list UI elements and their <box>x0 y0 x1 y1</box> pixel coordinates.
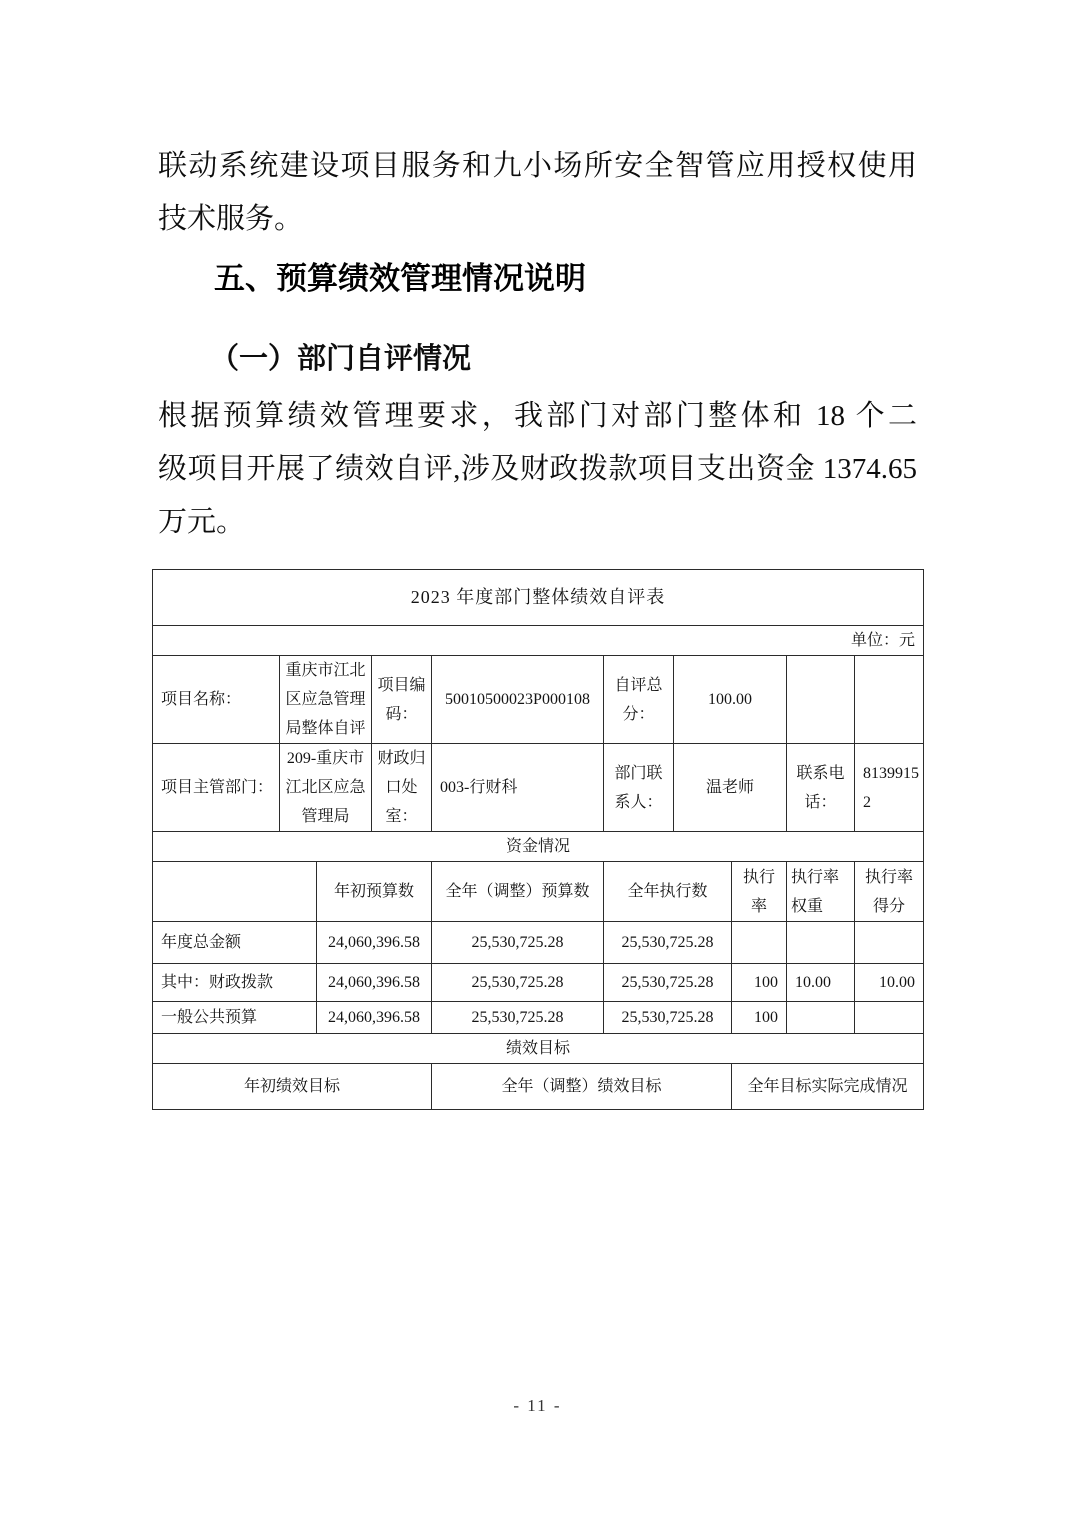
cell-project-name-label: 项目名称： <box>153 656 280 744</box>
document-page: 联动系统建设项目服务和九小场所安全智管应用授权使用 技术服务。 五、预算绩效管理… <box>0 0 1075 1520</box>
cell-weight <box>787 922 855 964</box>
cell-empty <box>855 656 924 744</box>
cell-weight: 10.00 <box>787 964 855 1002</box>
paragraph-continuation: 联动系统建设项目服务和九小场所安全智管应用授权使用 技术服务。 <box>158 140 917 246</box>
paragraph-self-eval: 根据预算绩效管理要求，我部门对部门整体和 18 个二 级项目开展了绩效自评,涉及… <box>158 390 917 549</box>
table-row: 年度总金额 24,060,396.58 25,530,725.28 25,530… <box>153 922 924 964</box>
header-adjusted-budget: 全年（调整）预算数 <box>432 862 604 922</box>
cell-rate: 100 <box>732 964 787 1002</box>
cell-score-label: 自评总分： <box>604 656 674 744</box>
header-rate: 执行率 <box>732 862 787 922</box>
table-row: 年初绩效目标 全年（调整）绩效目标 全年目标实际完成情况 <box>153 1064 924 1110</box>
page-content: 联动系统建设项目服务和九小场所安全智管应用授权使用 技术服务。 五、预算绩效管理… <box>0 0 1075 1110</box>
cell-project-name: 重庆市江北区应急管理局整体自评 <box>280 656 372 744</box>
cell-adjusted: 25,530,725.28 <box>432 964 604 1002</box>
funds-section-title: 资金情况 <box>153 832 924 862</box>
header-rate-score: 执行率得分 <box>855 862 924 922</box>
header-initial-budget: 年初预算数 <box>317 862 432 922</box>
table-row: 一般公共预算 24,060,396.58 25,530,725.28 25,53… <box>153 1002 924 1034</box>
header-executed: 全年执行数 <box>604 862 732 922</box>
cell-finance-office-label: 财政归口处室： <box>372 744 432 832</box>
cell-row-label: 年度总金额 <box>153 922 317 964</box>
cell-project-code-label: 项目编码： <box>372 656 432 744</box>
self-eval-table: 2023 年度部门整体绩效自评表 单位：元 项目名称： 重庆市江北区应急管理局整… <box>152 569 924 1110</box>
cell-rate: 100 <box>732 1002 787 1034</box>
paragraph-line: 级项目开展了绩效自评,涉及财政拨款项目支出资金 1374.65 <box>158 443 917 496</box>
goals-section-title: 绩效目标 <box>153 1034 924 1064</box>
table-row: 绩效目标 <box>153 1034 924 1064</box>
header-adjusted-goal: 全年（调整）绩效目标 <box>432 1064 732 1110</box>
section-heading: 五、预算绩效管理情况说明 <box>152 254 923 304</box>
cell-score-value: 100.00 <box>674 656 787 744</box>
header-rate-weight: 执行率权重 <box>787 862 855 922</box>
table-row: 项目名称： 重庆市江北区应急管理局整体自评 项目编码： 50010500023P… <box>153 656 924 744</box>
table-row: 资金情况 <box>153 832 924 862</box>
table-row: 其中：财政拨款 24,060,396.58 25,530,725.28 25,5… <box>153 964 924 1002</box>
cell-initial: 24,060,396.58 <box>317 1002 432 1034</box>
cell-weight <box>787 1002 855 1034</box>
cell-contact-value: 温老师 <box>674 744 787 832</box>
cell-dept-label: 项目主管部门： <box>153 744 280 832</box>
cell-dept-value: 209-重庆市江北区应急管理局 <box>280 744 372 832</box>
header-initial-goal: 年初绩效目标 <box>153 1064 432 1110</box>
cell-finance-office-value: 003-行财科 <box>432 744 604 832</box>
cell-adjusted: 25,530,725.28 <box>432 922 604 964</box>
cell-executed: 25,530,725.28 <box>604 964 732 1002</box>
cell-phone-label: 联系电话： <box>787 744 855 832</box>
table-title: 2023 年度部门整体绩效自评表 <box>153 570 924 626</box>
subsection-heading: （一）部门自评情况 <box>152 334 923 384</box>
paragraph-line: 联动系统建设项目服务和九小场所安全智管应用授权使用 <box>158 140 917 193</box>
cell-adjusted: 25,530,725.28 <box>432 1002 604 1034</box>
cell-project-code: 50010500023P000108 <box>432 656 604 744</box>
cell-contact-label: 部门联系人： <box>604 744 674 832</box>
cell-phone-value: 81399152 <box>855 744 924 832</box>
table-row: 2023 年度部门整体绩效自评表 <box>153 570 924 626</box>
cell-empty <box>153 862 317 922</box>
cell-initial: 24,060,396.58 <box>317 964 432 1002</box>
cell-executed: 25,530,725.28 <box>604 922 732 964</box>
cell-initial: 24,060,396.58 <box>317 922 432 964</box>
table-row: 项目主管部门： 209-重庆市江北区应急管理局 财政归口处室： 003-行财科 … <box>153 744 924 832</box>
paragraph-line: 根据预算绩效管理要求，我部门对部门整体和 18 个二 <box>158 390 917 443</box>
cell-score: 10.00 <box>855 964 924 1002</box>
paragraph-line: 万元。 <box>158 496 917 549</box>
cell-row-label: 其中：财政拨款 <box>153 964 317 1002</box>
unit-label: 单位：元 <box>153 626 924 656</box>
table-row: 年初预算数 全年（调整）预算数 全年执行数 执行率 执行率权重 执行率得分 <box>153 862 924 922</box>
cell-rate <box>732 922 787 964</box>
paragraph-line: 技术服务。 <box>158 193 917 246</box>
cell-row-label: 一般公共预算 <box>153 1002 317 1034</box>
cell-score <box>855 922 924 964</box>
page-number: - 11 - <box>0 1396 1075 1416</box>
header-actual-goal: 全年目标实际完成情况 <box>732 1064 924 1110</box>
cell-empty <box>787 656 855 744</box>
cell-score <box>855 1002 924 1034</box>
cell-executed: 25,530,725.28 <box>604 1002 732 1034</box>
table-row: 单位：元 <box>153 626 924 656</box>
